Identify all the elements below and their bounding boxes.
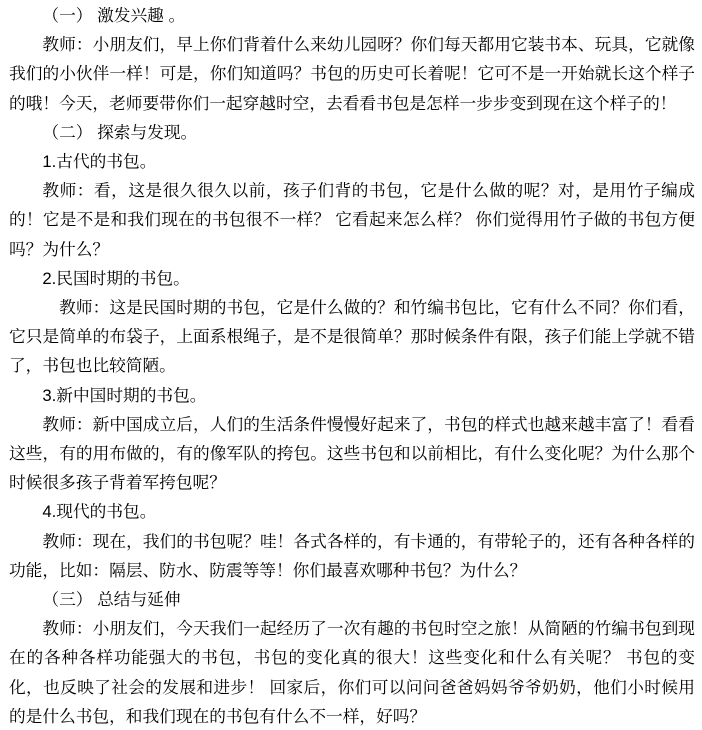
teacher-script-intro: 教师：小朋友们，早上你们背着什么来幼儿园呀？你们每天都用它装书本、玩具，它就像我… bbox=[9, 30, 695, 118]
section-heading-summary-extension: （三） 总结与延伸 bbox=[9, 585, 695, 614]
teacher-script-minguo: 教师：这是民国时期的书包，它是什么做的？和竹编书包比，它有什么不同？你们看，它只… bbox=[9, 293, 695, 381]
item-heading-ancient-schoolbag: 1.古代的书包。 bbox=[9, 147, 695, 176]
item-heading-new-china-schoolbag: 3.新中国时期的书包。 bbox=[9, 381, 695, 410]
teacher-script-modern: 教师：现在，我们的书包呢？哇！各式各样的，有卡通的，有带轮子的，还有各种各样的功… bbox=[9, 527, 695, 585]
item-heading-minguo-schoolbag: 2.民国时期的书包。 bbox=[9, 264, 695, 293]
teacher-script-new-china: 教师：新中国成立后，人们的生活条件慢慢好起来了，书包的样式也越来越丰富了！看看这… bbox=[9, 410, 695, 498]
document-page: （一） 激发兴趣 。 教师：小朋友们，早上你们背着什么来幼儿园呀？你们每天都用它… bbox=[0, 0, 702, 730]
section-heading-spark-interest: （一） 激发兴趣 。 bbox=[9, 1, 695, 30]
section-heading-explore-discover: （二） 探索与发现。 bbox=[9, 118, 695, 147]
teacher-script-summary: 教师：小朋友们，今天我们一起经历了一次有趣的书包时空之旅！从简陋的竹编书包到现在… bbox=[9, 614, 695, 730]
teacher-script-ancient: 教师：看，这是很久很久以前，孩子们背的书包，它是什么做的呢？对，是用竹子编成的！… bbox=[9, 176, 695, 264]
item-heading-modern-schoolbag: 4.现代的书包。 bbox=[9, 497, 695, 526]
